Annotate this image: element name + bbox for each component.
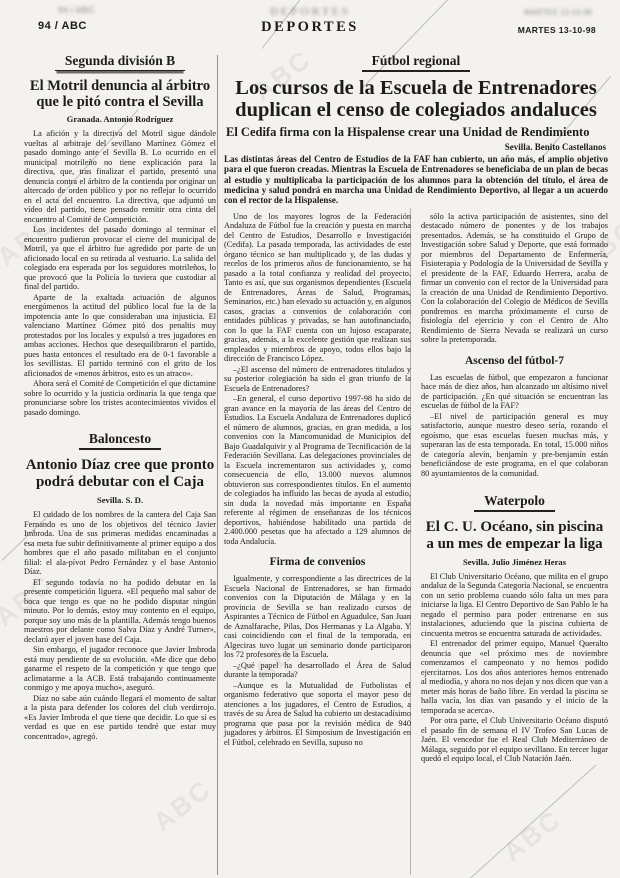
article-byline: Sevilla. S. D.: [24, 495, 216, 505]
article-paragraph: La afición y la directiva del Motril sig…: [24, 129, 216, 224]
column-divider: [217, 55, 218, 875]
interview-question: –¿El ascenso del número de entrenadores …: [224, 365, 411, 394]
lead-paragraph: Las distintas áreas del Centro de Estudi…: [224, 154, 608, 206]
article-byline: Granada. Antonio Rodríguez: [24, 114, 216, 124]
main-subheadline: El Cedifa firma con la Hispalense crear …: [226, 125, 608, 140]
article-paragraph: Uno de los mayores logros de la Federaci…: [224, 212, 411, 364]
article-cursos-entrenadores: Los cursos de la Escuela de Entrenadores…: [224, 78, 608, 765]
scan-scratch: [470, 764, 597, 878]
main-area: Fútbol regional Los cursos de la Escuela…: [224, 52, 608, 765]
article-headline: Antonio Díaz cree que pronto podrá debut…: [24, 457, 216, 491]
article-motril: El Motril denuncia al árbitro que le pit…: [24, 78, 216, 417]
newspaper-page: ABC ABC ABC ABC ABC ABC ABC 94 / ABC DEP…: [0, 0, 620, 878]
article-paragraph: sólo la activa participación de asistent…: [421, 212, 608, 345]
section-label-futbol-regional: Fútbol regional: [362, 53, 471, 72]
article-headline: El Motril denuncia al árbitro que le pit…: [24, 78, 216, 110]
subhead-firma-de-convenios: Firma de convenios: [224, 556, 411, 568]
article-paragraph: Los incidentes del pasado domingo al ter…: [24, 225, 216, 292]
article-oceano: Waterpolo El C. U. Océano, sin piscina a…: [421, 492, 608, 764]
article-headline: El C. U. Océano, sin piscina a un mes de…: [421, 519, 608, 553]
article-paragraph: El segundo todavía no ha podido debutar …: [24, 578, 216, 645]
article-byline: Sevilla. Julio Jiménez Heras: [421, 557, 608, 567]
article-paragraph: Aparte de la exaltada actuación de algun…: [24, 293, 216, 379]
interview-answer: –El nivel de participación general es mu…: [421, 412, 608, 479]
article-paragraph: El Club Universitario Océano, que milita…: [421, 572, 608, 639]
abc-watermark: ABC: [497, 803, 568, 868]
article-byline: Sevilla. Benito Castellanos: [224, 142, 606, 152]
main-article-column-2: sólo la activa participación de asistent…: [421, 212, 608, 765]
ghost-date: MARTES 13-10-98: [524, 8, 592, 17]
article-paragraph: Por otra parte, el Club Universitario Oc…: [421, 716, 608, 764]
interview-question: –¿Qué papel ha desarrollado el Área de S…: [224, 661, 411, 680]
article-paragraph: El cuidado de los nombres de la cantera …: [24, 510, 216, 577]
article-paragraph: El entrenador del primer equipo, Manuel …: [421, 639, 608, 715]
article-caja: Antonio Díaz cree que pronto podrá debut…: [24, 457, 216, 741]
interview-question: Las escuelas de fútbol, que empezaron a …: [421, 373, 608, 411]
left-column: Segunda división B El Motril denuncia al…: [24, 52, 216, 742]
article-paragraph: Sin embargo, el jugador reconoce que Jav…: [24, 645, 216, 693]
article-paragraph: Igualmente, y correspondiente a las dire…: [224, 574, 411, 660]
main-headline: Los cursos de la Escuela de Entrenadores…: [224, 78, 608, 122]
article-paragraph: Díaz no sabe aún cuándo llegará el momen…: [24, 694, 216, 742]
article-paragraph: Ahora será el Comité de Competición el q…: [24, 379, 216, 417]
subhead-ascenso-del-futbol-7: Ascenso del fútbol-7: [421, 355, 608, 367]
section-label-waterpolo: Waterpolo: [474, 493, 555, 512]
main-article-column-1: Uno de los mayores logros de la Federaci…: [224, 212, 411, 765]
interview-answer: –Aunque es la Mutualidad de Futbolistas …: [224, 681, 411, 748]
section-label-segunda-division-b: Segunda división B: [55, 53, 185, 71]
section-label-baloncesto: Baloncesto: [79, 431, 161, 450]
interview-answer: –En general, el curso deportivo 1997-98 …: [224, 394, 411, 546]
abc-watermark: ABC: [147, 773, 218, 838]
issue-date: MARTES 13-10-98: [518, 25, 596, 35]
